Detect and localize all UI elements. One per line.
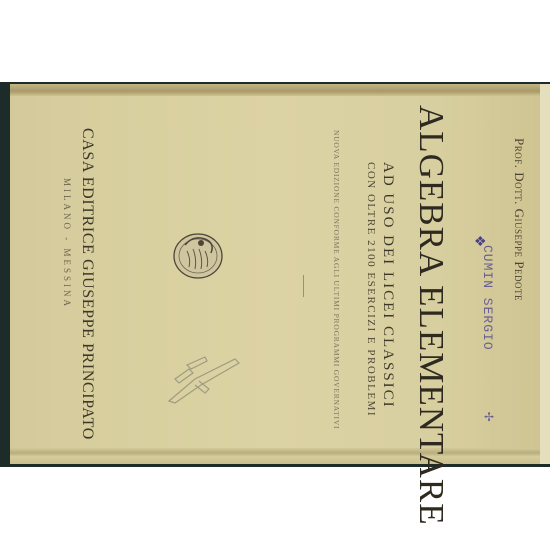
page-edge-top [10,84,540,96]
fleuron-icon: ✢ [484,410,494,425]
page-edge-bottom [10,448,540,464]
subtitle-exercises: CON OLTRE 2100 ESERCIZI E PROBLEMI [365,162,377,417]
publisher-cities: MILANO - MESSINA [62,178,72,309]
author-line: Prof. Dott. Giuseppe Pedote [511,138,527,301]
divider-rule [303,275,304,297]
book-title: ALGEBRA ELEMENTARE [411,105,451,526]
owner-stamp: CUMIN SERGIO [480,245,495,351]
medallion-emblem-icon [171,229,225,279]
page-edge-right [540,84,550,464]
airplane-doodle-icon [165,345,245,405]
publisher-name: CASA EDITRICE GIUSEPPE PRINCIPATO [78,128,96,440]
subtitle-usage: AD USO DEI LICEI CLASSICI [379,162,396,409]
edition-note: NUOVA EDIZIONE CONFORME AGLI ULTIMI PROG… [332,130,341,429]
